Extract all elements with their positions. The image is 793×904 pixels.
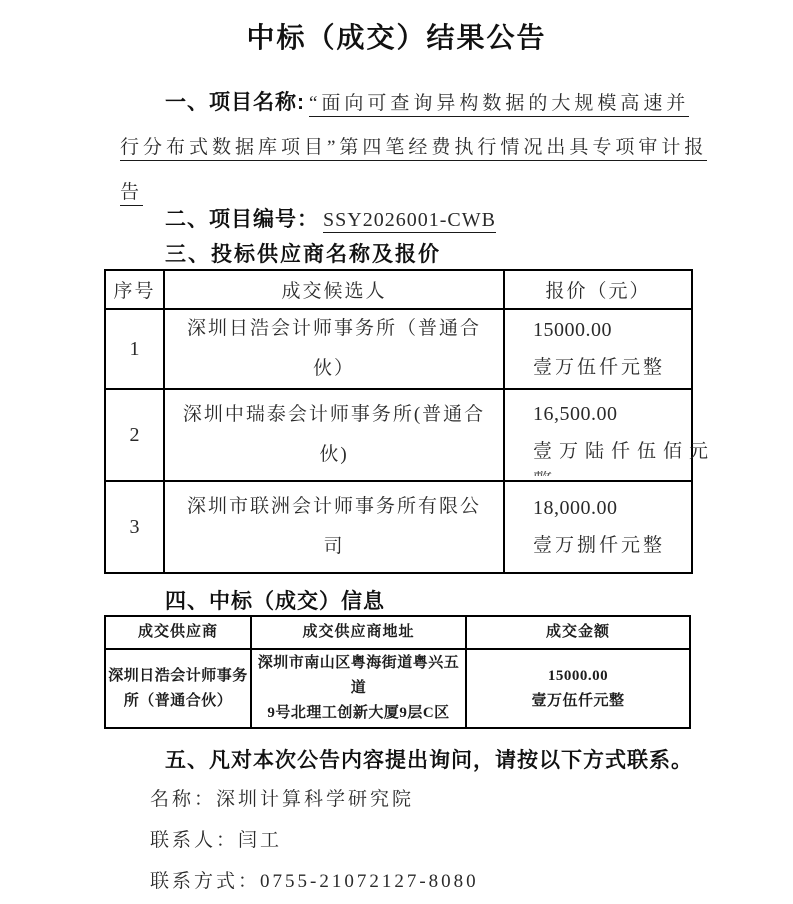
award-row-address: 深圳市南山区粤海街道粤兴五道 9号北理工创新大厦9层C区 (252, 650, 467, 727)
award-heading: 四、中标（成交）信息 (165, 585, 385, 615)
bidders-heading: 三、投标供应商名称及报价 (165, 238, 441, 268)
project-name-value-part-1: “面向可查询异构数据的大规模高速并 (309, 93, 689, 117)
project-number-value: SSY2026001-CWB (323, 209, 496, 233)
bid-row-1-candidate-line-2: 伙） (313, 349, 355, 389)
project-name-line-2: 行分布式数据库项目”第四笔经费执行情况出具专项审计报 (120, 132, 707, 159)
contact-heading: 五、凡对本次公告内容提出询问，请按以下方式联系。 (165, 744, 693, 774)
award-row-amount-caps: 壹万伍仟元整 (531, 689, 624, 714)
award-table-header-address: 成交供应商地址 (252, 617, 467, 650)
project-name-line-3: 告 (120, 177, 143, 204)
bid-row-1-seq: 1 (106, 310, 165, 390)
bid-row-3-price-number: 18,000.00 (533, 489, 618, 527)
contact-phone-label: 联系方式： (150, 871, 260, 892)
bid-row-3-candidate-line-2: 司 (323, 527, 344, 567)
award-row-address-line-1: 深圳市南山区粤海街道粤兴五道 (252, 651, 465, 701)
project-name-line-1: 一、项目名称: “面向可查询异构数据的大规模高速并 (165, 86, 689, 116)
award-row-address-line-2: 9号北理工创新大厦9层C区 (267, 701, 449, 726)
bid-row-3-price-caps: 壹万捌仟元整 (533, 527, 665, 565)
page-title: 中标（成交）结果公告 (0, 16, 793, 56)
award-table-header-supplier: 成交供应商 (106, 617, 252, 650)
bid-row-2-candidate-line-2: 伙) (319, 435, 348, 475)
bid-row-2-price: 16,500.00 壹万陆仟伍佰元 整 (505, 390, 691, 482)
bid-table-header-price: 报价（元） (505, 271, 691, 310)
bid-row-2-seq: 2 (106, 390, 165, 482)
project-number-label: 二、项目编号： (165, 208, 319, 231)
award-table: 成交供应商 成交供应商地址 成交金额 深圳日浩会计师事务 所（普通合伙） 深圳市… (104, 615, 691, 729)
bid-row-2-price-caps: 壹万陆仟伍佰元 (533, 433, 715, 471)
bid-row-1-price-number: 15000.00 (533, 311, 612, 349)
bid-row-3-candidate-line-1: 深圳市联洲会计师事务所有限公 (187, 487, 481, 527)
project-name-value-part-3: 告 (120, 182, 143, 206)
bid-row-3-seq: 3 (106, 482, 165, 572)
bid-row-2-candidate: 深圳中瑞泰会计师事务所(普通合 伙) (165, 390, 505, 482)
award-row-amount: 15000.00 壹万伍仟元整 (467, 650, 689, 727)
announcement-page: 中标（成交）结果公告 一、项目名称: “面向可查询异构数据的大规模高速并 行分布… (0, 0, 793, 904)
bid-table: 序号 成交候选人 报价（元） 1 深圳日浩会计师事务所（普通合 伙） 15000… (104, 269, 693, 574)
bid-row-2-price-caps-clipped: 整 (533, 471, 559, 476)
bid-row-1-price-caps: 壹万伍仟元整 (533, 349, 665, 387)
award-table-header-amount: 成交金额 (467, 617, 689, 650)
bid-row-1-candidate: 深圳日浩会计师事务所（普通合 伙） (165, 310, 505, 390)
award-row-supplier-line-1: 深圳日浩会计师事务 (108, 664, 248, 689)
bid-table-header-seq: 序号 (106, 271, 165, 310)
bid-row-3-price: 18,000.00 壹万捌仟元整 (505, 482, 691, 572)
award-row-amount-number: 15000.00 (548, 664, 608, 689)
award-row-supplier: 深圳日浩会计师事务 所（普通合伙） (106, 650, 252, 727)
bid-row-2-price-number: 16,500.00 (533, 395, 618, 433)
bid-row-1-candidate-line-1: 深圳日浩会计师事务所（普通合 (187, 309, 481, 349)
contact-phone-value: 0755-21072127-8080 (260, 871, 479, 892)
contact-phone-line: 联系方式：0755-21072127-8080 (150, 866, 479, 893)
contact-name-line: 名称：深圳计算科学研究院 (150, 784, 414, 811)
contact-person-value: 闫工 (238, 830, 282, 851)
bid-row-1-price: 15000.00 壹万伍仟元整 (505, 310, 691, 390)
bid-table-header-candidate: 成交候选人 (165, 271, 505, 310)
project-name-value-part-2: 行分布式数据库项目”第四笔经费执行情况出具专项审计报 (120, 137, 707, 161)
bid-row-3-candidate: 深圳市联洲会计师事务所有限公 司 (165, 482, 505, 572)
contact-person-line: 联系人：闫工 (150, 825, 282, 852)
project-name-label: 一、项目名称: (165, 91, 305, 114)
contact-name-label: 名称： (150, 789, 216, 810)
contact-name-value: 深圳计算科学研究院 (216, 789, 414, 810)
award-row-supplier-line-2: 所（普通合伙） (124, 689, 233, 714)
bid-row-2-candidate-line-1: 深圳中瑞泰会计师事务所(普通合 (183, 395, 485, 435)
project-number-line: 二、项目编号： SSY2026001-CWB (165, 203, 496, 233)
contact-person-label: 联系人： (150, 830, 238, 851)
